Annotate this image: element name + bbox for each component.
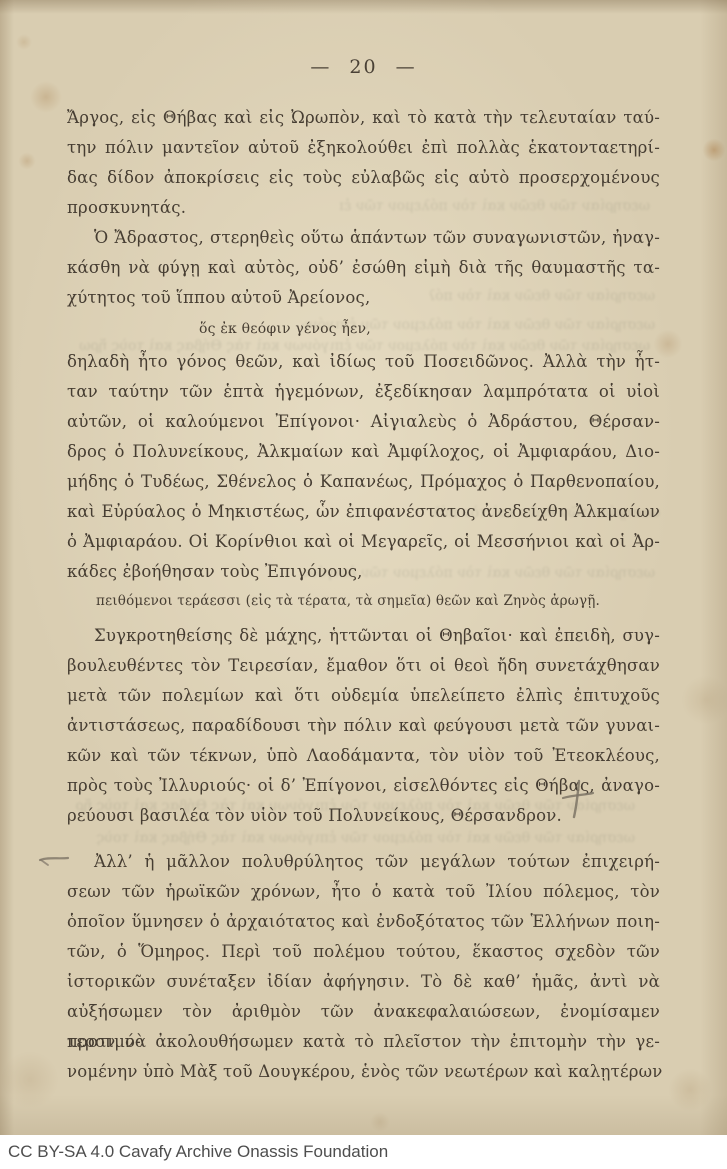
paragraph-argos: Ἄργος, εἰς Θήβας καὶ εἰς Ὠρωπὸν, καὶ τὸ …	[67, 103, 660, 223]
text-line: δας δίδον ἀποκρίσεις εἰς τοὺς εὐλαβῶς εἰ…	[67, 163, 660, 193]
verse-quote-1: ὅς ἐκ θεόφιν γένος ἦεν,	[67, 319, 660, 339]
text-line: μετὰ τῶν πολεμίων καὶ ὅτι οὐδεμία ὑπελεί…	[67, 681, 660, 711]
text-line: μήδης ὁ Τυδέως, Σθένελος ὁ Καπανέως, Πρό…	[67, 467, 660, 497]
text-line: καὶ Εὐρύαλος ὁ Μηκιστέως, ὧν ἐπιφανέστατ…	[67, 497, 660, 527]
text-body: Ἄργος, εἰς Θήβας καὶ εἰς Ὠρωπὸν, καὶ τὸ …	[67, 103, 660, 1087]
text-line: σεων τῶν ἡρωϊκῶν χρόνων, ἦτο ὁ κατὰ τοῦ …	[67, 877, 660, 907]
text-line: ὁποῖον ὕμνησεν ὁ ἀρχαιότατος καὶ ἐνδοξότ…	[67, 907, 660, 937]
text-line: Ἄργος, εἰς Θήβας καὶ εἰς Ὠρωπὸν, καὶ τὸ …	[67, 103, 660, 133]
paragraph-thebes-fall: Συγκροτηθείσης δὲ μάχης, ἡττῶνται οἱ Θηβ…	[67, 621, 660, 831]
paragraph-trojan-war: Ἀλλ’ ἡ μᾶλλον πολυθρύλητος τῶν μεγάλων τ…	[67, 847, 660, 1087]
text-line: κάσθη νὰ φύγῃ καὶ αὐτὸς, οὐδ’ ἐσώθη εἰμὴ…	[67, 253, 660, 283]
scanned-book-page: — 20 — Ἄργος, εἰς Θήβας καὶ εἰς Ὠρωπὸν, …	[0, 0, 727, 1169]
text-line: δηλαδὴ ἦτο γόνος θεῶν, καὶ ἰδίως τοῦ Ποσ…	[67, 347, 660, 377]
text-line: βουλευθέντες τὸν Τειρεσίαν, ἔμαθον ὅτι ο…	[67, 651, 660, 681]
text-line: αὐτῶν, οἱ καλούμενοι Ἐπίγονοι· Αἰγιαλεὺς…	[67, 407, 660, 437]
pencil-margin-mark	[38, 852, 70, 868]
text-line: τῶν, ὁ Ὅμηρος. Περὶ τοῦ πολέμου τούτου, …	[67, 937, 660, 967]
text-line: νομένην ὑπὸ Μὰξ τοῦ Δουγκέρου, ἑνὸς τῶν …	[67, 1057, 660, 1087]
paragraph-adrastos: Ὁ Ἄδραστος, στερηθεὶς οὕτω ἁπάντων τῶν σ…	[67, 223, 660, 313]
verse-quote-2: πειθόμενοι τεράεσσι (εἰς τὰ τέρατα, τὰ σ…	[67, 591, 660, 611]
text-line: ἱστορικῶν συνέταξεν ἰδίαν ἀφήγησιν. Τὸ δ…	[67, 967, 660, 997]
verse-line: πειθόμενοι τεράεσσι (εἰς τὰ τέρατα, τὰ σ…	[96, 591, 660, 611]
text-line: χύτητος τοῦ ἵππου αὐτοῦ Ἀρείονος,	[67, 283, 660, 313]
paper-scan: — 20 — Ἄργος, εἰς Θήβας καὶ εἰς Ὠρωπὸν, …	[0, 0, 727, 1135]
text-line: ρεύουσι βασιλέα τὸν υἱὸν τοῦ Πολυνείκους…	[67, 801, 660, 831]
text-line: ὁ Ἀμφιαράου. Οἱ Κορίνθιοι καὶ οἱ Μεγαρεῖ…	[67, 527, 660, 557]
text-line: κάδες ἐβοήθησαν τοὺς Ἐπιγόνους,	[67, 557, 660, 587]
text-line: κῶν καὶ τῶν τέκνων, ὑπὸ Λαοδάμαντα, τὸν …	[67, 741, 660, 771]
text-line: Συγκροτηθείσης δὲ μάχης, ἡττῶνται οἱ Θηβ…	[67, 621, 660, 651]
page-number-header: — 20 —	[67, 56, 660, 78]
text-line: ταν ταύτην τῶν ἑπτὰ ἡγεμόνων, ἐξεδίκησαν…	[67, 377, 660, 407]
paragraph-epigonoi: δηλαδὴ ἦτο γόνος θεῶν, καὶ ἰδίως τοῦ Ποσ…	[67, 347, 660, 587]
text-line: την πόλιν μαντεῖον αὐτοῦ ἐξηκολούθει ἐπὶ…	[67, 133, 660, 163]
text-line: προσκυνητάς.	[67, 193, 660, 223]
text-line: Ὁ Ἄδραστος, στερηθεὶς οὕτω ἁπάντων τῶν σ…	[67, 223, 660, 253]
text-line: Ἀλλ’ ἡ μᾶλλον πολυθρύλητος τῶν μεγάλων τ…	[67, 847, 660, 877]
text-line: πρὸς τοὺς Ἰλλυριούς· οἱ δ’ Ἐπίγονοι, εἰσ…	[67, 771, 660, 801]
license-text: CC BY-SA 4.0 Cavafy Archive Onassis Foun…	[0, 1135, 727, 1169]
license-bar: CC BY-SA 4.0 Cavafy Archive Onassis Foun…	[0, 1135, 727, 1169]
verse-line: ὅς ἐκ θεόφιν γένος ἦεν,	[199, 319, 660, 339]
text-line: δρος ὁ Πολυνείκους, Ἀλκμαίων καὶ Ἀμφίλοχ…	[67, 437, 660, 467]
text-line: ἀντιστάσεως, παραδίδουσι τὴν πόλιν καὶ φ…	[67, 711, 660, 741]
text-line: τερον νὰ ἀκολουθήσωμεν κατὰ τὸ πλεῖστον …	[67, 1027, 660, 1057]
text-line: αὐξήσωμεν τὸν ἀριθμὸν τῶν ἀνακεφαλαιώσεω…	[67, 997, 660, 1027]
